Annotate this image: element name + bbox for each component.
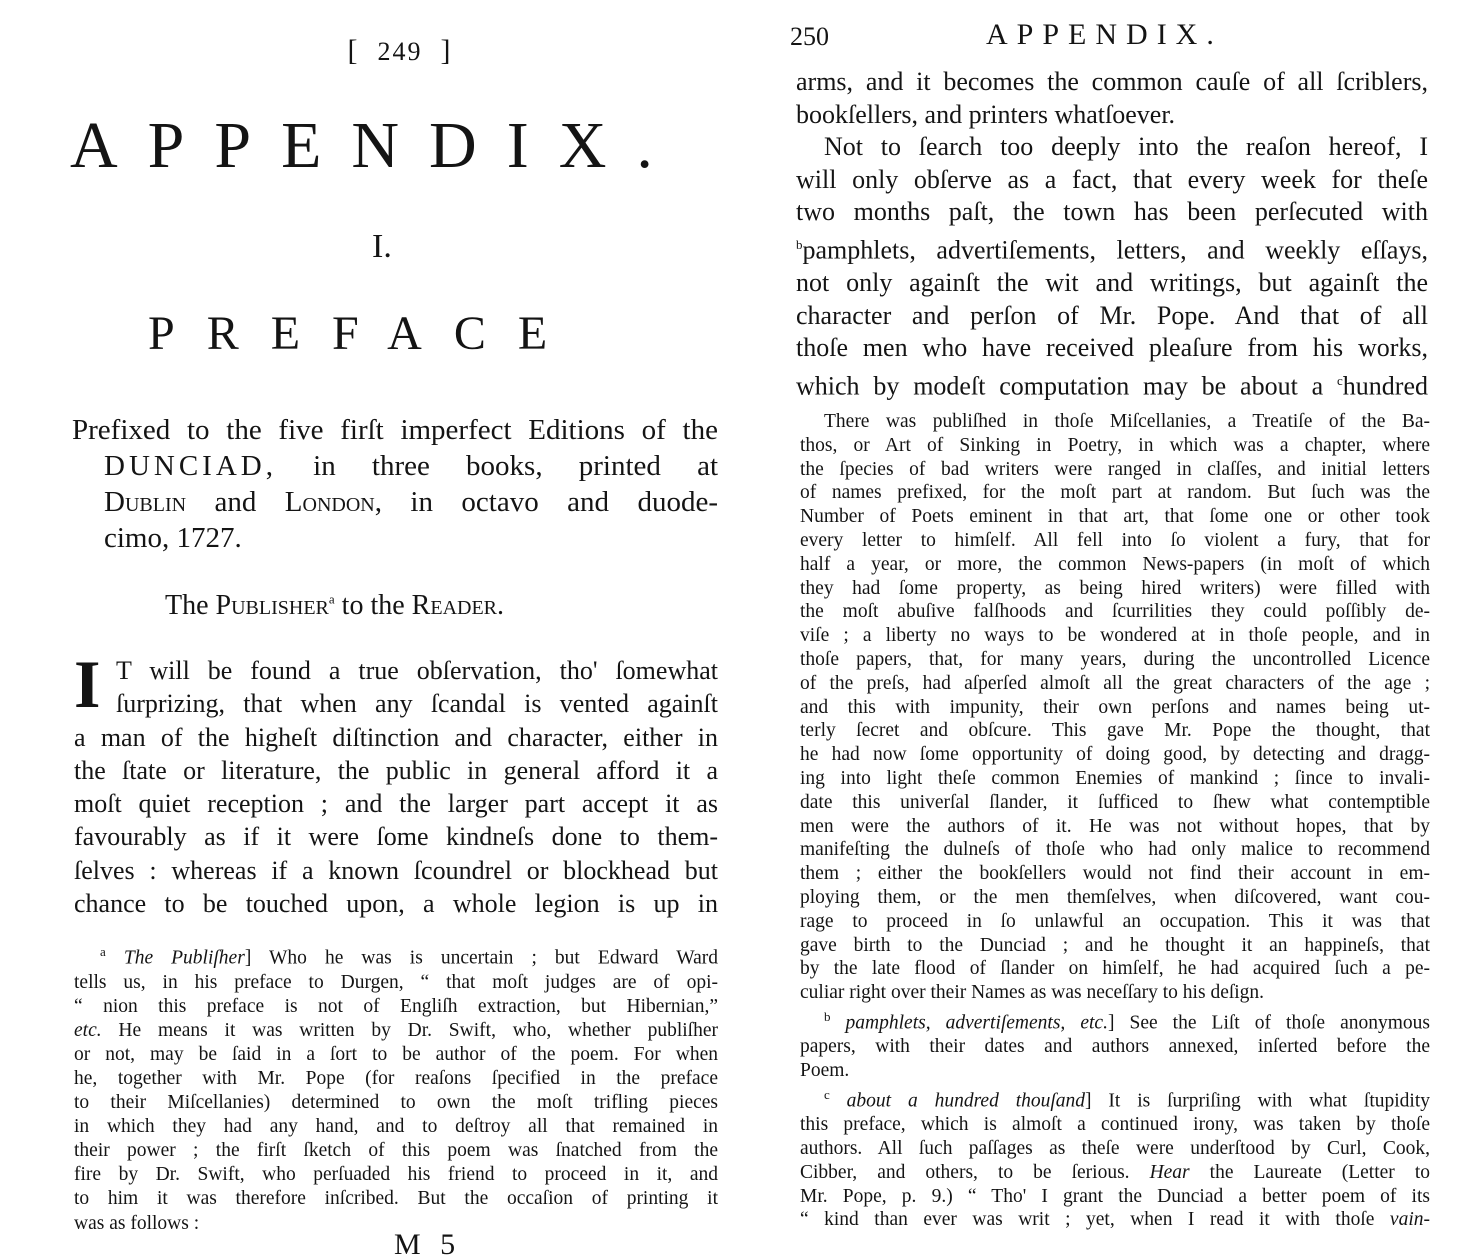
footnote-line: he, together with Mr. Pope (for reaſons … — [74, 1067, 718, 1091]
footnote-italic: vain- — [1390, 1209, 1430, 1230]
footnote-line: viſe ; a liberty no ways to be wondered … — [800, 624, 1430, 648]
body-paragraph: T will be found a true obſervation, tho'… — [74, 654, 718, 920]
body-line: chance to be touched upon, a whole legio… — [74, 887, 718, 920]
folio-bracket-close: ] — [441, 34, 453, 67]
appendix-title: APPENDIX. — [70, 108, 730, 184]
body-line: bookſellers, and printers whatſoever. — [796, 99, 1428, 132]
body-line: not only againſt the wit and writings, b… — [796, 267, 1428, 300]
footnote-lemma: pamphlets, advertiſements, etc. — [846, 1012, 1108, 1033]
footnote-text: ] See the Liſt of thoſe anonymous — [1108, 1012, 1430, 1033]
footnote-line: terly ſecret and obſcure. This gave Mr. … — [800, 719, 1430, 743]
page-number: [249] — [330, 34, 470, 68]
section-number: I. — [372, 228, 392, 266]
footnote-line: thoſe papers, that, for many years, duri… — [800, 648, 1430, 672]
footnote-line: thos, or Art of Sinking in Poetry, in wh… — [800, 434, 1430, 458]
heading-text: The — [165, 590, 216, 621]
footnote-line: of names prefixed, for the moſt part at … — [800, 481, 1430, 505]
footnote-line: “ nion this preface is not of Engliſh ex… — [74, 995, 718, 1019]
preface-title: PREFACE — [148, 306, 579, 361]
footnote-text: ] It is ſurpriſing with what ſtupidity — [1085, 1090, 1430, 1111]
subtitle-text: and — [186, 486, 285, 518]
body-line: T will be found a true obſervation, tho'… — [74, 654, 718, 687]
footnote-text: ] Who he was is uncertain ; but Edward W… — [245, 948, 718, 969]
footnote-marker: a — [100, 944, 106, 959]
body-line: arms, and it becomes the common cauſe of… — [796, 66, 1428, 99]
body-line: favourably as if it were ſome kindneſs d… — [74, 820, 718, 853]
footnote-line: every letter to himſelf. All fell into ſ… — [800, 529, 1430, 553]
footnote-a: a The Publiſher] Who he was is uncertain… — [74, 940, 718, 1236]
body-line: moſt quiet reception ; and the larger pa… — [74, 787, 718, 820]
footnote-marker: c — [824, 1087, 830, 1102]
footnote-c-line: c about a hundred thouſand] It is ſurpri… — [800, 1083, 1430, 1113]
footnote-line: the moſt abuſive falſhoods and ſcurrilit… — [800, 600, 1430, 624]
footnote-line: half a year, or more, the common News-pa… — [800, 553, 1430, 577]
footnote-line: he had now ſome opportunity of doing goo… — [800, 743, 1430, 767]
page-number: 250 — [790, 22, 829, 52]
footnote-line: manifeſting the dulneſs of thoſe who had… — [800, 838, 1430, 862]
dunciad-caps: DUNCIAD, — [104, 450, 277, 482]
footnote-line: fire by Dr. Swift, who perſuaded his fri… — [74, 1163, 718, 1187]
footnote-line: to their Miſcellanies) determined to own… — [74, 1091, 718, 1115]
footnote-line: of the preſs, had aſperſed almoſt all th… — [800, 672, 1430, 696]
footnote-line: rage to proceed in ſo unlawful an occupa… — [800, 910, 1430, 934]
footnote-line: them ; either the bookſellers would not … — [800, 862, 1430, 886]
body-text: which by modeſt computation may be about… — [796, 372, 1323, 401]
heading-reader: Reader. — [412, 590, 504, 621]
heading-text: to the — [335, 590, 412, 621]
footnote-c-line: Cibber, and others, to be ſerious. Hear … — [800, 1161, 1430, 1185]
heading-publisher: Publisher — [216, 590, 329, 621]
body-line: bpamphlets, advertiſements, letters, and… — [796, 229, 1428, 267]
signature-mark: M 5 — [394, 1228, 461, 1256]
footnote-line: and this with impunity, their own perſon… — [800, 696, 1430, 720]
footnote-line: the ſpecies of bad writers were ranged i… — [800, 458, 1430, 482]
subtitle-text: , in octavo and duode- — [375, 486, 718, 518]
footnote-line: ploying them, or the men themſelves, whe… — [800, 886, 1430, 910]
footnote-text: He means it was written by Dr. Swift, wh… — [102, 1020, 718, 1041]
footnote-text: the Laureate (Letter to — [1190, 1162, 1430, 1183]
footnote-line: etc. He means it was written by Dr. Swif… — [74, 1019, 718, 1043]
subtitle-line: Dublin and London, in octavo and duode- — [72, 484, 718, 520]
body-line: a man of the higheſt diſtinction and cha… — [74, 721, 718, 754]
body-line: character and perſon of Mr. Pope. And th… — [796, 300, 1428, 333]
footnote-text: “ kind than ever was writ ; yet, when I … — [800, 1209, 1390, 1230]
body-text: hundred — [1343, 372, 1428, 401]
footnote-line: ing into light theſe common Enemies of m… — [800, 767, 1430, 791]
footnote-line: they had ſome property, as being hired w… — [800, 577, 1430, 601]
footnote-lemma: The Publiſher — [124, 948, 245, 969]
footnote-c-line: this preface, which is almoſt a continue… — [800, 1113, 1430, 1137]
footnote-lemma: about a hundred thouſand — [847, 1090, 1085, 1111]
footnote-line: culiar right over their Names as was nec… — [800, 981, 1430, 1005]
body-line: will only obſerve as a fact, that every … — [796, 164, 1428, 197]
footnote-etc: etc. — [74, 1020, 102, 1041]
footnote-b-line: papers, with their dates and authors ann… — [800, 1035, 1430, 1059]
footnote-line: or not, may be ſaid in a ſort to be auth… — [74, 1043, 718, 1067]
body-line: thoſe men who have received pleaſure fro… — [796, 332, 1428, 365]
folio-bracket-open: [ — [348, 34, 360, 67]
body-line: ſelves : whereas if a known ſcoundrel or… — [74, 854, 718, 887]
section-heading: The Publishera to the Reader. — [165, 590, 504, 622]
footnote-line: by the late flood of ſlander on himſelf,… — [800, 957, 1430, 981]
dublin-smallcaps: Dublin — [104, 486, 186, 518]
body-line: the ſtate or literature, the public in g… — [74, 754, 718, 787]
footnote-c-line: authors. All ſuch paſſages as theſe were… — [800, 1137, 1430, 1161]
footnote-line: a The Publiſher] Who he was is uncertain… — [74, 940, 718, 971]
footnote-c-line: “ kind than ever was writ ; yet, when I … — [800, 1208, 1430, 1232]
footnote-text: Cibber, and others, to be ſerious. — [800, 1162, 1150, 1183]
body-line: which by modeſt computation may be about… — [796, 365, 1428, 403]
footnote-line: gave birth to the Dunciad ; and he thoug… — [800, 934, 1430, 958]
body-text: pamphlets, advertiſements, letters, and … — [803, 236, 1429, 265]
body-line: two months paſt, the town has been perſe… — [796, 196, 1428, 229]
body-line: ſurprizing, that when any ſcandal is ven… — [74, 687, 718, 720]
subtitle-line: cimo, 1727. — [72, 520, 718, 556]
subtitle-line: DUNCIAD, in three books, printed at — [72, 448, 718, 484]
preface-subtitle: Prefixed to the five firſt imperfect Edi… — [72, 412, 718, 556]
footnote-b-line: Poem. — [800, 1059, 1430, 1083]
footnote-line: to him it was therefore inſcribed. But t… — [74, 1187, 718, 1211]
london-smallcaps: London — [285, 486, 375, 518]
footnote-line: men were the authors of it. He was not w… — [800, 815, 1430, 839]
footnote-continued: There was publiſhed in thoſe Miſcellanie… — [800, 410, 1430, 1232]
footnote-line: their power ; the firſt ſketch of this p… — [74, 1139, 718, 1163]
subtitle-text: in three books, printed at — [277, 450, 718, 482]
body-paragraph: arms, and it becomes the common cauſe of… — [796, 66, 1428, 403]
folio-number: 249 — [378, 37, 423, 66]
footnote-line: in which they had any hand, and to deſtr… — [74, 1115, 718, 1139]
footnote-c-line: Mr. Pope, p. 9.) “ Tho' I grant the Dunc… — [800, 1185, 1430, 1209]
footnote-italic: Hear — [1150, 1162, 1190, 1183]
subtitle-line: Prefixed to the five firſt imperfect Edi… — [72, 412, 718, 448]
body-line: Not to ſearch too deeply into the reaſon… — [796, 131, 1428, 164]
footnote-line: There was publiſhed in thoſe Miſcellanie… — [800, 410, 1430, 434]
footnote-b-line: b pamphlets, advertiſements, etc.] See t… — [800, 1005, 1430, 1035]
footnote-line: tells us, in his preface to Durgen, “ th… — [74, 971, 718, 995]
running-head: APPENDIX. — [986, 18, 1223, 52]
right-page: 250 APPENDIX. arms, and it becomes the c… — [780, 0, 1462, 1256]
footnote-line: Number of Poets eminent in that art, tha… — [800, 505, 1430, 529]
left-page: [249] APPENDIX. I. PREFACE Prefixed to t… — [0, 0, 740, 1256]
footnote-line: date this univerſal ſlander, it ſufficed… — [800, 791, 1430, 815]
footnote-marker: b — [824, 1009, 831, 1024]
